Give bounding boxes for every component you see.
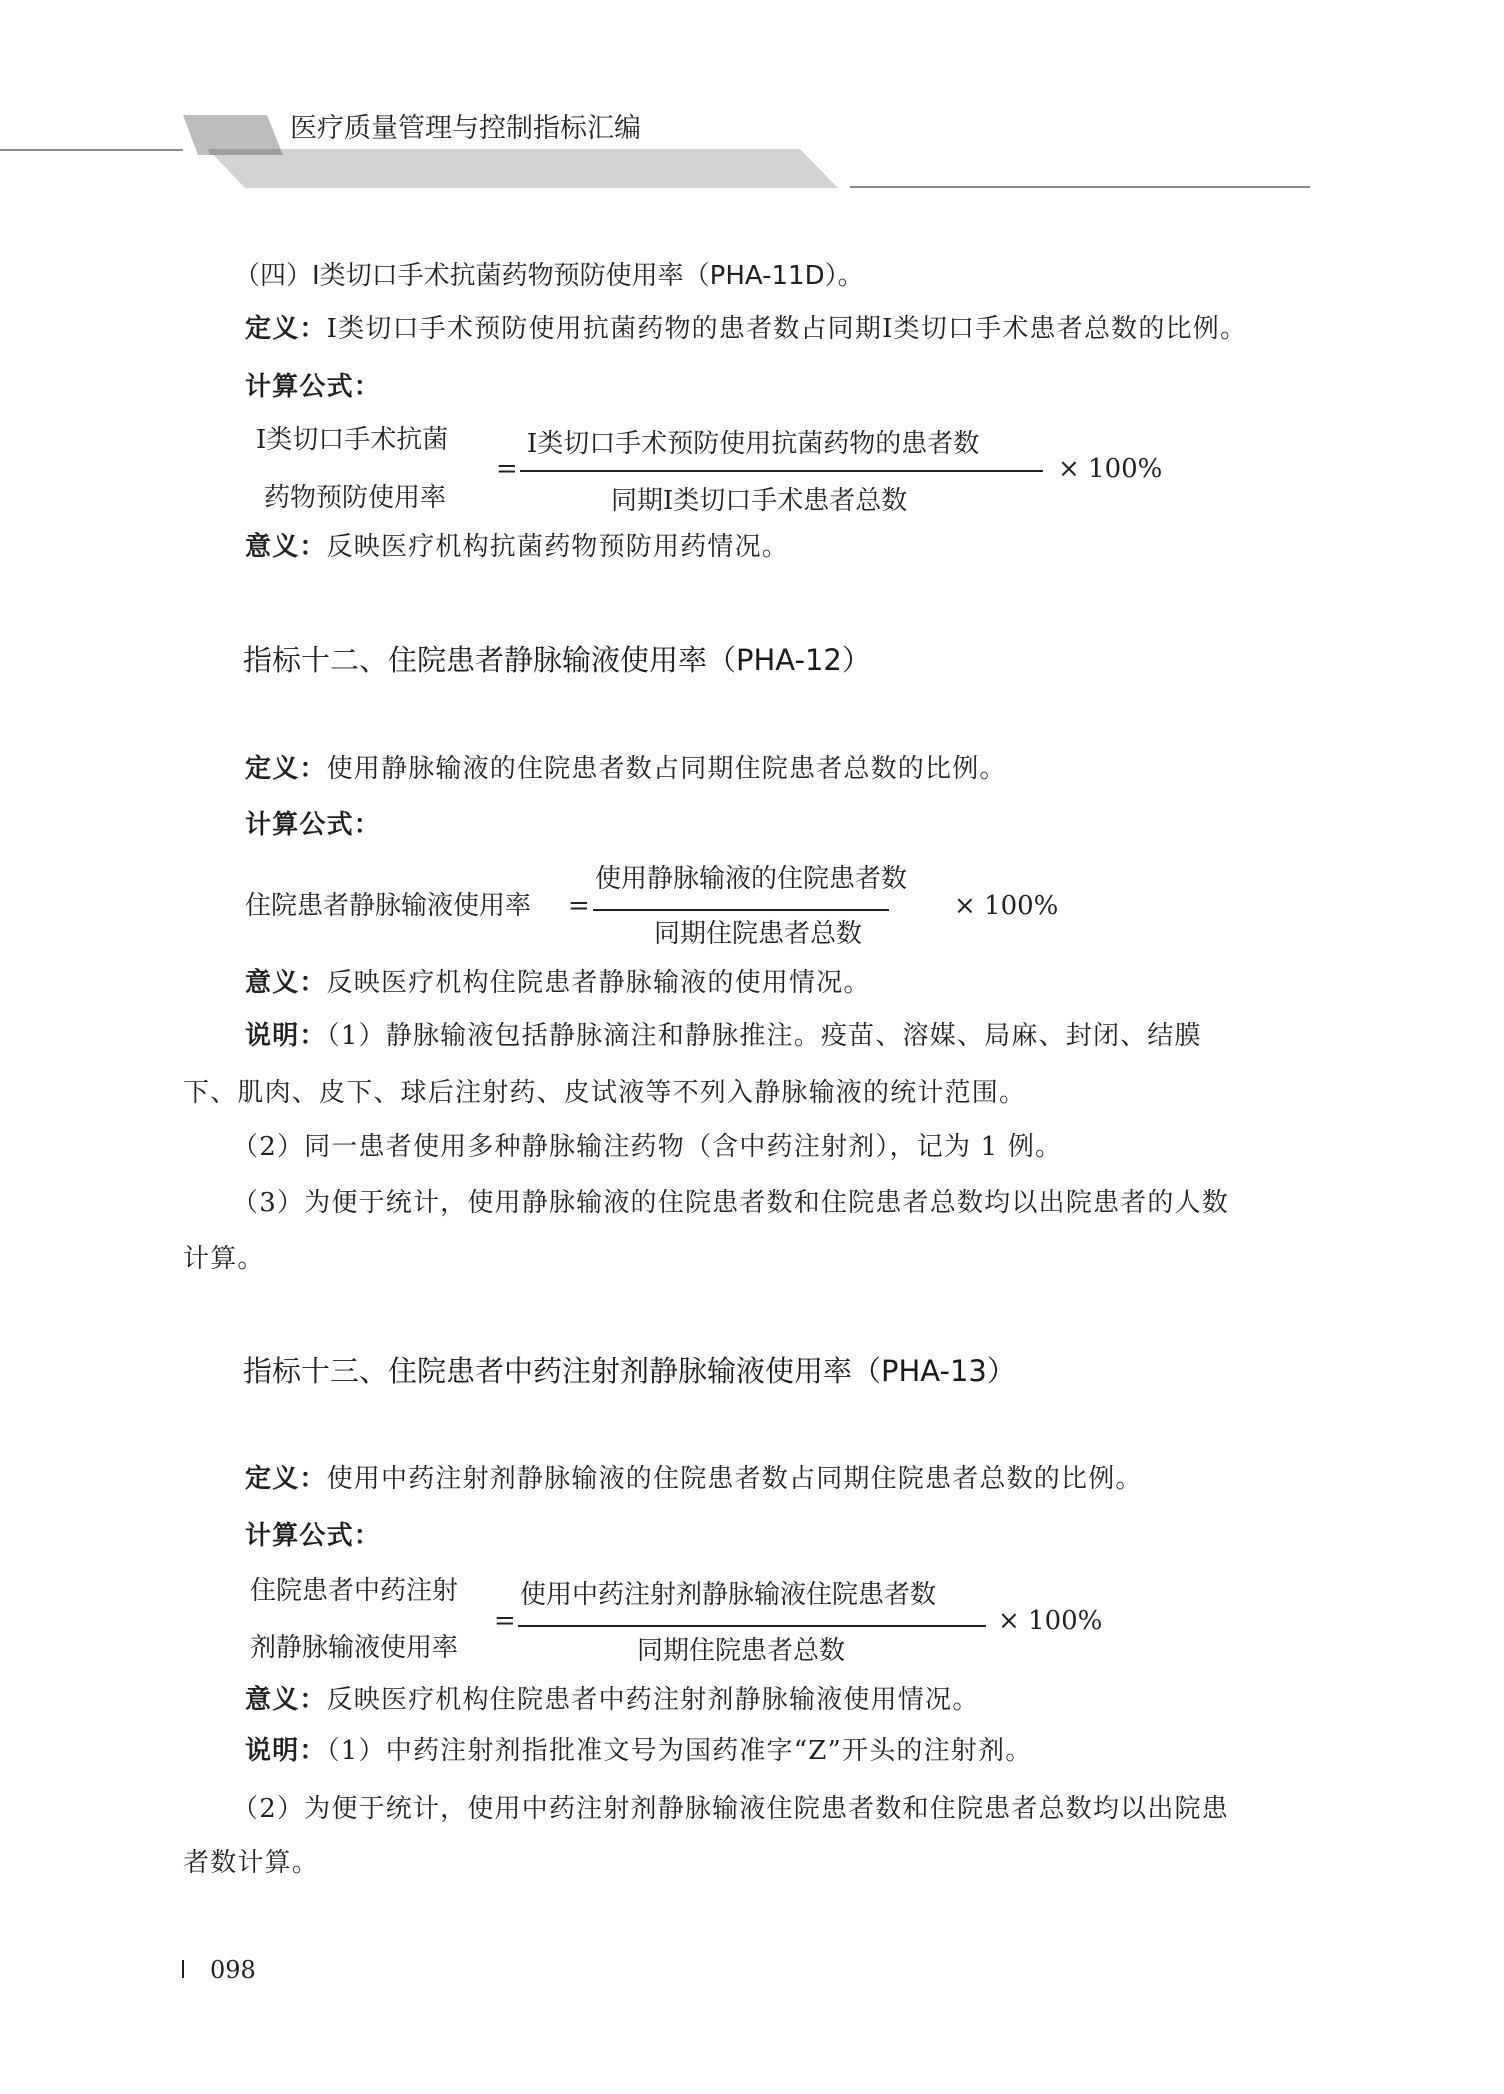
header-banner-shapes [0,0,900,200]
indicator-heading: 指标十二、住院患者静脉输液使用率（PHA-12） [243,641,871,679]
formula-denominator: 同期Ⅰ类切口手术患者总数 [611,484,907,518]
page-number: 098 [210,1955,256,1985]
notes-label: 说明： [245,1736,327,1766]
formula-equals: = [496,452,518,486]
formula-numerator: 使用静脉输液的住院患者数 [595,862,907,896]
meaning-text: 反映医疗机构抗菌药物预防用药情况。 [327,532,789,562]
note-text: （1）静脉输液包括静脉滴注和静脉推注。疫苗、溶媒、局麻、封闭、结膜 [327,1021,1202,1051]
definition-paragraph: 定义：使用中药注射剂静脉输液的住院患者数占同期住院患者总数的比例。 [245,1462,1143,1496]
formula-denominator: 同期住院患者总数 [637,1634,845,1668]
formula-multiplier: × 100% [1058,452,1162,486]
header-rule-right [850,186,1310,188]
formula-lhs-line2: 药物预防使用率 [264,481,446,515]
fraction-bar [518,1625,986,1627]
note-line: 说明：（1）静脉输液包括静脉滴注和静脉推注。疫苗、溶媒、局麻、封闭、结膜 [245,1019,1202,1053]
formula-label: 计算公式： [245,1519,381,1553]
definition-text: 使用静脉输液的住院患者数占同期住院患者总数的比例。 [327,754,1007,784]
formula-label: 计算公式： [245,808,381,842]
note-line: 计算。 [183,1242,265,1276]
definition-label: 定义： [245,1464,327,1494]
meaning-paragraph: 意义：反映医疗机构抗菌药物预防用药情况。 [245,530,789,564]
formula-numerator: 使用中药注射剂静脉输液住院患者数 [520,1578,936,1612]
definition-label: 定义： [245,314,327,344]
meaning-paragraph: 意义：反映医疗机构住院患者静脉输液的使用情况。 [245,966,871,1000]
formula-lhs: 住院患者静脉输液使用率 [245,889,531,923]
formula-lhs-line2: 剂静脉输液使用率 [250,1631,458,1665]
running-header-title: 医疗质量管理与控制指标汇编 [290,112,641,146]
formula-equals: = [494,1604,516,1638]
formula-equals: = [568,889,590,923]
meaning-label: 意义： [245,1685,327,1715]
subsection-title: （四）Ⅰ类切口手术抗菌药物预防使用率（PHA-11D）。 [234,259,864,293]
formula-lhs-line1: 住院患者中药注射 [250,1574,458,1608]
note-line: （3）为便于统计，使用静脉输液的住院患者数和住院患者总数均以出院患者的人数 [232,1186,1229,1220]
formula-denominator: 同期住院患者总数 [654,917,862,951]
definition-paragraph: 定义：使用静脉输液的住院患者数占同期住院患者总数的比例。 [245,752,1007,786]
meaning-label: 意义： [245,532,327,562]
indicator-heading: 指标十三、住院患者中药注射剂静脉输液使用率（PHA-13） [243,1352,1016,1390]
formula-numerator: Ⅰ类切口手术预防使用抗菌药物的患者数 [527,427,979,461]
definition-paragraph: 定义：Ⅰ类切口手术预防使用抗菌药物的患者数占同期Ⅰ类切口手术患者总数的比例。 [245,312,1247,346]
formula-lhs-line1: Ⅰ类切口手术抗菌 [256,423,448,457]
footer-bar [182,1960,184,1978]
note-line: （2）为便于统计，使用中药注射剂静脉输液住院患者数和住院患者总数均以出院患 [232,1792,1229,1826]
definition-text: 使用中药注射剂静脉输液的住院患者数占同期住院患者总数的比例。 [327,1464,1143,1494]
note-text: （1）中药注射剂指批准文号为国药准字“Z”开头的注射剂。 [327,1736,1033,1766]
formula-label: 计算公式： [245,370,381,404]
notes-label: 说明： [245,1021,327,1051]
fraction-bar [593,909,889,911]
definition-text: Ⅰ类切口手术预防使用抗菌药物的患者数占同期Ⅰ类切口手术患者总数的比例。 [327,314,1248,344]
meaning-text: 反映医疗机构住院患者静脉输液的使用情况。 [327,968,871,998]
note-line: 说明：（1）中药注射剂指批准文号为国药准字“Z”开头的注射剂。 [245,1734,1032,1768]
formula-multiplier: × 100% [954,889,1058,923]
meaning-paragraph: 意义：反映医疗机构住院患者中药注射剂静脉输液使用情况。 [245,1683,979,1717]
formula-multiplier: × 100% [998,1604,1102,1638]
meaning-label: 意义： [245,968,327,998]
definition-label: 定义： [245,754,327,784]
note-line: （2）同一患者使用多种静脉输注药物（含中药注射剂），记为 1 例。 [232,1130,1062,1164]
meaning-text: 反映医疗机构住院患者中药注射剂静脉输液使用情况。 [327,1685,980,1715]
note-line: 下、肌肉、皮下、球后注射药、皮试液等不列入静脉输液的统计范围。 [183,1076,1026,1110]
fraction-bar [520,470,1043,472]
note-line: 者数计算。 [183,1846,319,1880]
